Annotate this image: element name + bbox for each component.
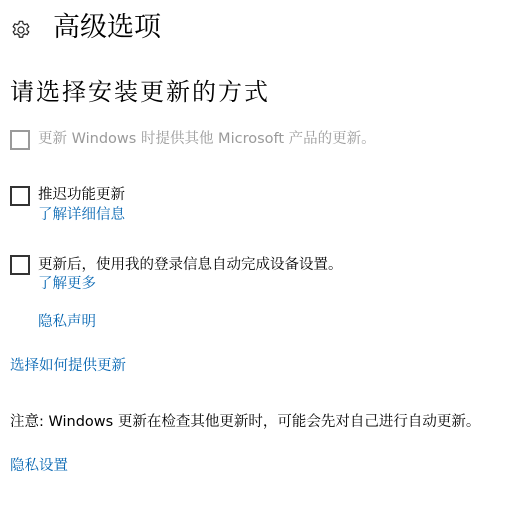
note-text: 注意: Windows 更新在检查其他更新时，可能会先对自己进行自动更新。 <box>10 412 480 432</box>
other-products-label: 更新 Windows 时提供其他 Microsoft 产品的更新。 <box>38 129 376 149</box>
gear-icon <box>10 19 32 41</box>
section-title: 请选择安装更新的方式 <box>10 76 270 108</box>
choose-delivery-link[interactable]: 选择如何提供更新 <box>10 356 126 376</box>
privacy-statement-link[interactable]: 隐私声明 <box>38 312 96 332</box>
learn-more-details-link[interactable]: 了解详细信息 <box>38 205 125 225</box>
auto-signin-label: 更新后，使用我的登录信息自动完成设备设置。 <box>38 255 343 275</box>
page-title: 高级选项 <box>53 11 161 45</box>
learn-more-link[interactable]: 了解更多 <box>38 274 96 294</box>
auto-signin-checkbox[interactable] <box>10 255 30 275</box>
privacy-settings-link[interactable]: 隐私设置 <box>10 456 68 476</box>
defer-feature-updates-label: 推迟功能更新 <box>38 185 125 205</box>
advanced-options-page: 高级选项 请选择安装更新的方式 更新 Windows 时提供其他 Microso… <box>0 0 527 506</box>
other-products-checkbox[interactable] <box>10 130 30 150</box>
defer-feature-updates-checkbox[interactable] <box>10 186 30 206</box>
